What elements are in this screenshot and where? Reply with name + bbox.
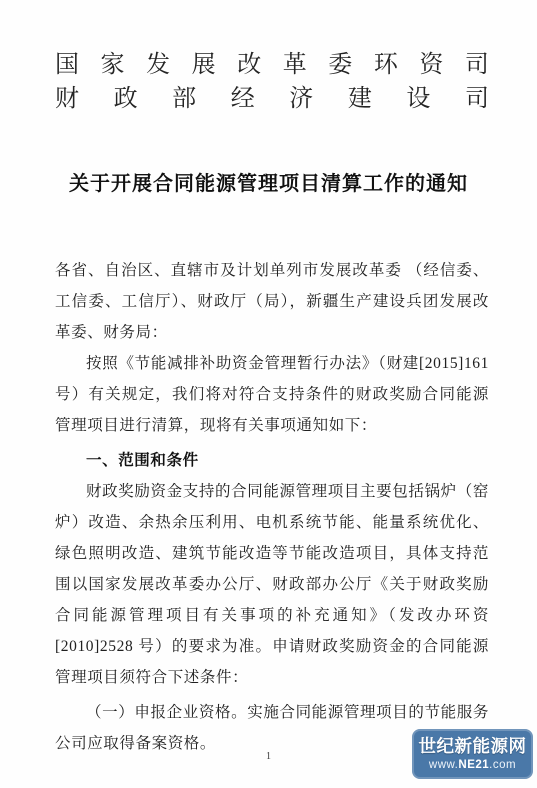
- salutation-paragraph: 各省、自治区、直辖市及计划单列市发展改革委 （经信委、工信委、工信厅）、财政厅（…: [55, 255, 489, 348]
- intro-paragraph: 按照《节能减排补助资金管理暂行办法》（财建[2015]161号）有关规定，我们将…: [55, 348, 489, 441]
- watermark-url-suffix: .com: [489, 759, 516, 771]
- issuing-agency-line-2: 财政部经济建设司: [55, 82, 489, 116]
- document-page: 国家发展改革委环资司 财政部经济建设司 关于开展合同能源管理项目清算工作的通知 …: [0, 0, 537, 788]
- scope-paragraph: 财政奖励资金支持的合同能源管理项目主要包括锅炉（窑炉）改造、余热余压利用、电机系…: [55, 476, 489, 693]
- watermark-badge: 世纪新能源网 www.NE21.com: [412, 729, 533, 779]
- document-title: 关于开展合同能源管理项目清算工作的通知: [0, 170, 537, 198]
- document-body: 各省、自治区、直辖市及计划单列市发展改革委 （经信委、工信委、工信厅）、财政厅（…: [55, 255, 489, 759]
- document-header: 国家发展改革委环资司 财政部经济建设司: [0, 0, 537, 116]
- watermark-site-url: www.NE21.com: [429, 758, 516, 772]
- issuing-agency-line-1: 国家发展改革委环资司: [55, 48, 489, 82]
- watermark-site-name: 世纪新能源网: [419, 736, 527, 756]
- section-heading-1: 一、范围和条件: [55, 445, 489, 476]
- watermark-url-domain: NE21: [458, 759, 489, 771]
- watermark-url-prefix: www.: [429, 759, 458, 771]
